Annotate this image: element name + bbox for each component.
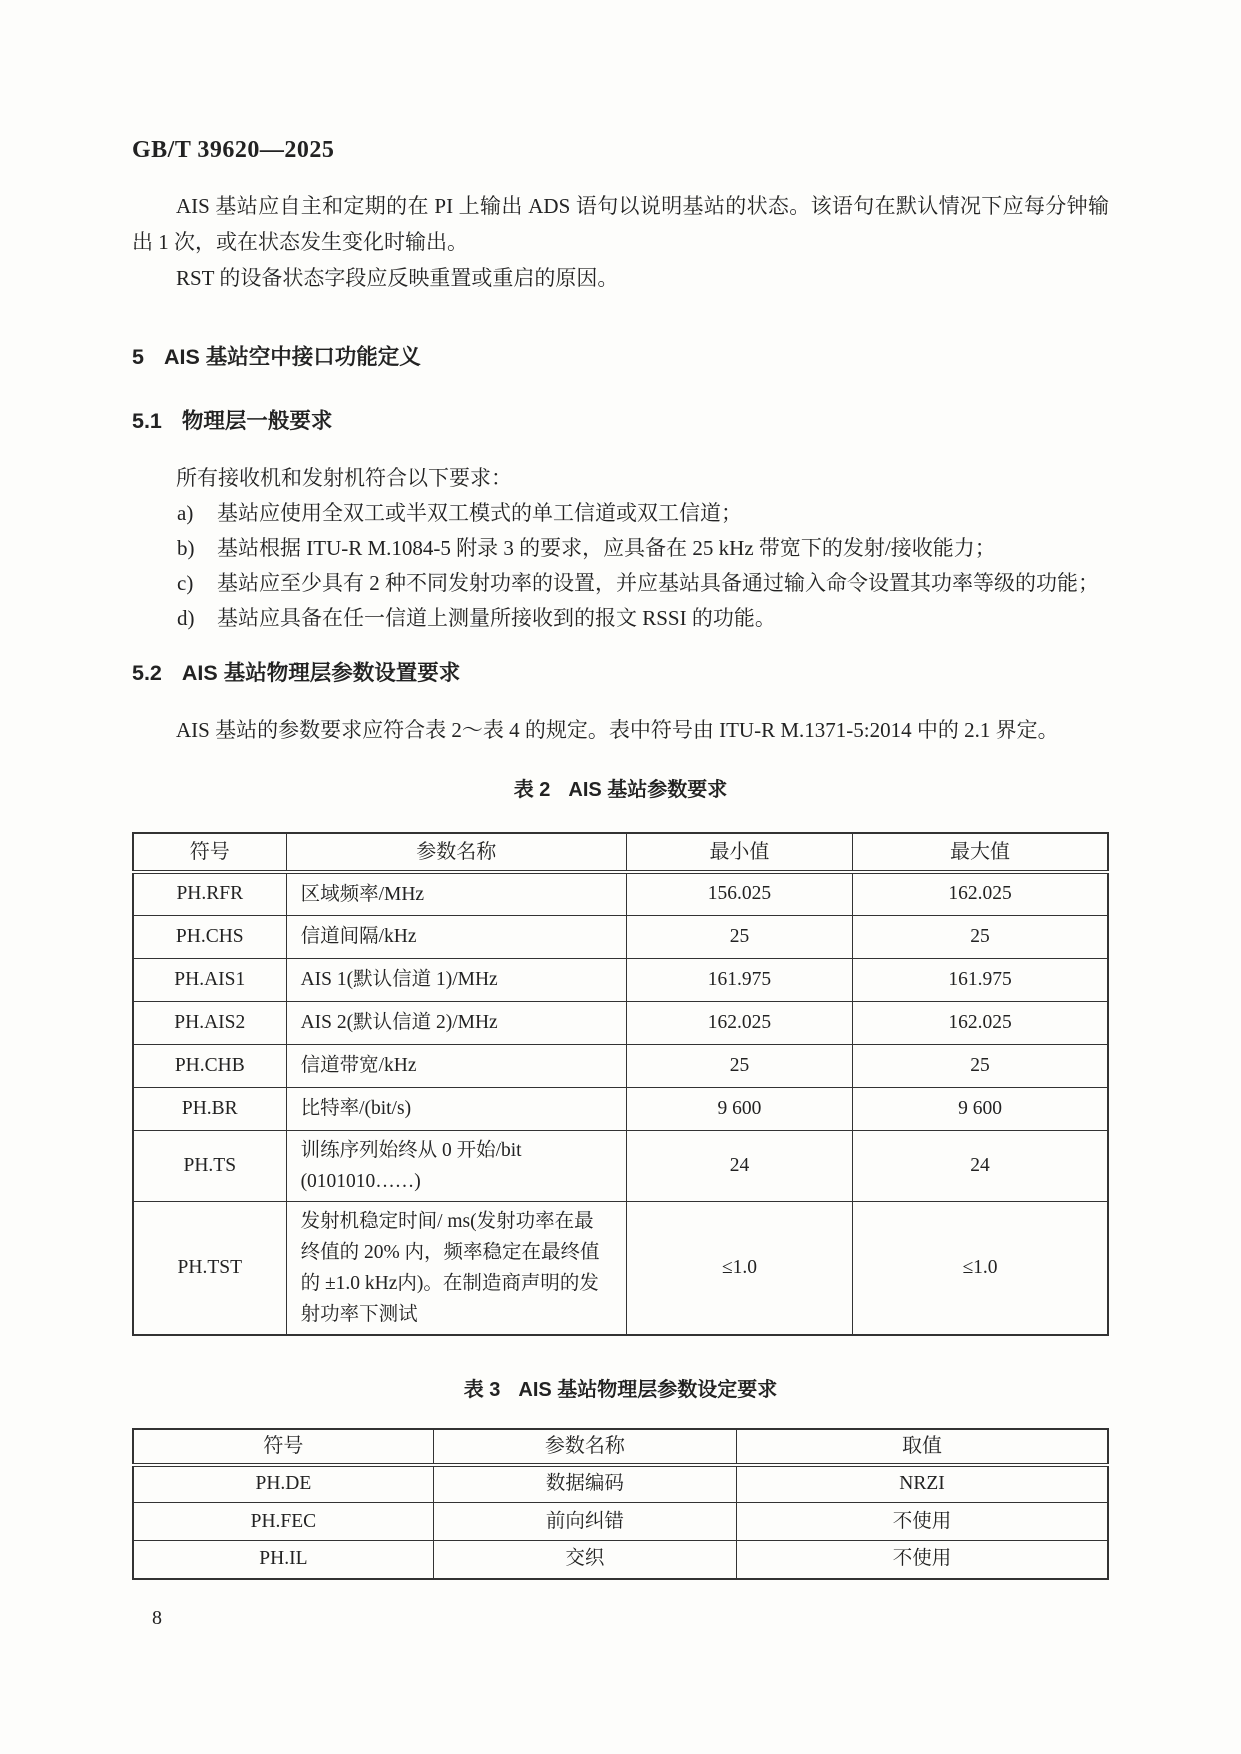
table-cell: PH.AIS1 [133,958,286,1001]
paragraph-ads-output: AIS 基站应自主和定期的在 PI 上输出 ADS 语句以说明基站的状态。该语句… [132,188,1109,260]
table-row: PH.AIS2AIS 2(默认信道 2)/MHz162.025162.025 [133,1001,1108,1044]
table-cell: 训练序列始终从 0 开始/bit (0101010……) [286,1130,626,1201]
section-5-1-heading: 5.1物理层一般要求 [132,408,1109,434]
table-cell: 162.025 [626,1001,852,1044]
table3-caption-label: 表 3 [464,1379,501,1401]
table-cell: 25 [853,1044,1108,1087]
table-cell: AIS 1(默认信道 1)/MHz [286,958,626,1001]
section-5-2-number: 5.2 [132,661,162,685]
table2-header-row: 符号参数名称最小值最大值 [133,833,1108,872]
section-5-2-title: AIS 基站物理层参数设置要求 [182,661,460,685]
table3-body: PH.DE数据编码NRZIPH.FEC前向纠错不使用PH.IL交织不使用 [133,1465,1108,1579]
table3-header-row: 符号参数名称取值 [133,1429,1108,1465]
column-header: 最大值 [853,833,1108,872]
requirement-list: a)基站应使用全双工或半双工模式的单工信道或双工信道；b)基站根据 ITU-R … [132,496,1109,636]
table-cell: 162.025 [853,872,1108,915]
table-cell: 9 600 [853,1087,1108,1130]
section-5-title: AIS 基站空中接口功能定义 [164,345,421,369]
table-cell: 比特率/(bit/s) [286,1087,626,1130]
doc-number: GB/T 39620—2025 [132,136,1109,164]
section-5-1-intro: 所有接收机和发射机符合以下要求： [132,460,1109,496]
section-5-2-heading: 5.2AIS 基站物理层参数设置要求 [132,660,1109,686]
list-item-marker: d) [177,601,217,636]
list-item-marker: a) [177,496,217,531]
column-header: 符号 [133,833,286,872]
table-row: PH.AIS1AIS 1(默认信道 1)/MHz161.975161.975 [133,958,1108,1001]
list-item-text: 基站根据 ITU-R M.1084-5 附录 3 的要求，应具备在 25 kHz… [217,531,1109,566]
table-cell: PH.TS [133,1130,286,1201]
list-item-marker: c) [177,566,217,601]
table-cell: 25 [853,915,1108,958]
list-item: c)基站应至少具有 2 种不同发射功率的设置，并应基站具备通过输入命令设置其功率… [132,566,1109,601]
table-cell: 25 [626,915,852,958]
list-item-text: 基站应具备在任一信道上测量所接收到的报文 RSSI 的功能。 [217,601,1109,636]
column-header: 参数名称 [286,833,626,872]
table-row: PH.RFR区域频率/MHz156.025162.025 [133,872,1108,915]
table-cell: 162.025 [853,1001,1108,1044]
table-cell: ≤1.0 [626,1201,852,1335]
table-cell: 发射机稳定时间/ ms(发射功率在最终值的 20% 内，频率稳定在最终值的 ±1… [286,1201,626,1335]
table-cell: 25 [626,1044,852,1087]
table-row: PH.BR比特率/(bit/s)9 6009 600 [133,1087,1108,1130]
table-cell: 9 600 [626,1087,852,1130]
table-cell: 数据编码 [433,1465,736,1503]
list-item-text: 基站应使用全双工或半双工模式的单工信道或双工信道； [217,496,1109,531]
table-cell: AIS 2(默认信道 2)/MHz [286,1001,626,1044]
table-cell: PH.CHB [133,1044,286,1087]
table-cell: PH.BR [133,1087,286,1130]
table-row: PH.FEC前向纠错不使用 [133,1503,1108,1541]
table-cell: ≤1.0 [853,1201,1108,1335]
list-item: a)基站应使用全双工或半双工模式的单工信道或双工信道； [132,496,1109,531]
page-content: GB/T 39620—2025 AIS 基站应自主和定期的在 PI 上输出 AD… [132,0,1109,1580]
section-5-1-title: 物理层一般要求 [182,409,333,433]
table-cell: 前向纠错 [433,1503,736,1541]
section-5-2-intro: AIS 基站的参数要求应符合表 2～表 4 的规定。表中符号由 ITU-R M.… [132,712,1109,748]
table-cell: 不使用 [737,1541,1108,1579]
table-cell: 24 [626,1130,852,1201]
table-cell: NRZI [737,1465,1108,1503]
table-cell: 交织 [433,1541,736,1579]
table-cell: PH.RFR [133,872,286,915]
section-5-number: 5 [132,345,144,369]
table-cell: PH.IL [133,1541,433,1579]
table2-caption-label: 表 2 [514,779,551,801]
table-cell: 不使用 [737,1503,1108,1541]
section-5-heading: 5AIS 基站空中接口功能定义 [132,344,1109,370]
table3-caption-text: AIS 基站物理层参数设定要求 [518,1379,777,1401]
column-header: 取值 [737,1429,1108,1465]
table2-caption: 表 2AIS 基站参数要求 [132,778,1109,802]
paragraph-rst: RST 的设备状态字段应反映重置或重启的原因。 [132,260,1109,296]
list-item: b)基站根据 ITU-R M.1084-5 附录 3 的要求，应具备在 25 k… [132,531,1109,566]
table-row: PH.CHB信道带宽/kHz2525 [133,1044,1108,1087]
table-cell: PH.CHS [133,915,286,958]
table2-body: PH.RFR区域频率/MHz156.025162.025PH.CHS信道间隔/k… [133,872,1108,1335]
table-cell: PH.AIS2 [133,1001,286,1044]
list-item: d)基站应具备在任一信道上测量所接收到的报文 RSSI 的功能。 [132,601,1109,636]
table3: 符号参数名称取值 PH.DE数据编码NRZIPH.FEC前向纠错不使用PH.IL… [132,1428,1109,1580]
column-header: 最小值 [626,833,852,872]
document-page: GB/T 39620—2025 AIS 基站应自主和定期的在 PI 上输出 AD… [0,0,1241,1754]
table-cell: 信道间隔/kHz [286,915,626,958]
table-cell: 信道带宽/kHz [286,1044,626,1087]
section-5-1-number: 5.1 [132,409,162,433]
table-cell: 156.025 [626,872,852,915]
table-cell: 161.975 [626,958,852,1001]
list-item-marker: b) [177,531,217,566]
table-row: PH.CHS信道间隔/kHz2525 [133,915,1108,958]
column-header: 符号 [133,1429,433,1465]
table-cell: 24 [853,1130,1108,1201]
list-item-text: 基站应至少具有 2 种不同发射功率的设置，并应基站具备通过输入命令设置其功率等级… [217,566,1109,601]
table-cell: PH.TST [133,1201,286,1335]
table-row: PH.TST发射机稳定时间/ ms(发射功率在最终值的 20% 内，频率稳定在最… [133,1201,1108,1335]
table-cell: 区域频率/MHz [286,872,626,915]
table-row: PH.DE数据编码NRZI [133,1465,1108,1503]
page-number: 8 [152,1606,162,1630]
column-header: 参数名称 [433,1429,736,1465]
table-row: PH.IL交织不使用 [133,1541,1108,1579]
table-cell: 161.975 [853,958,1108,1001]
table-cell: PH.FEC [133,1503,433,1541]
table2-caption-text: AIS 基站参数要求 [568,779,727,801]
table2: 符号参数名称最小值最大值 PH.RFR区域频率/MHz156.025162.02… [132,832,1109,1336]
table3-caption: 表 3AIS 基站物理层参数设定要求 [132,1378,1109,1402]
table-row: PH.TS训练序列始终从 0 开始/bit (0101010……)2424 [133,1130,1108,1201]
table-cell: PH.DE [133,1465,433,1503]
